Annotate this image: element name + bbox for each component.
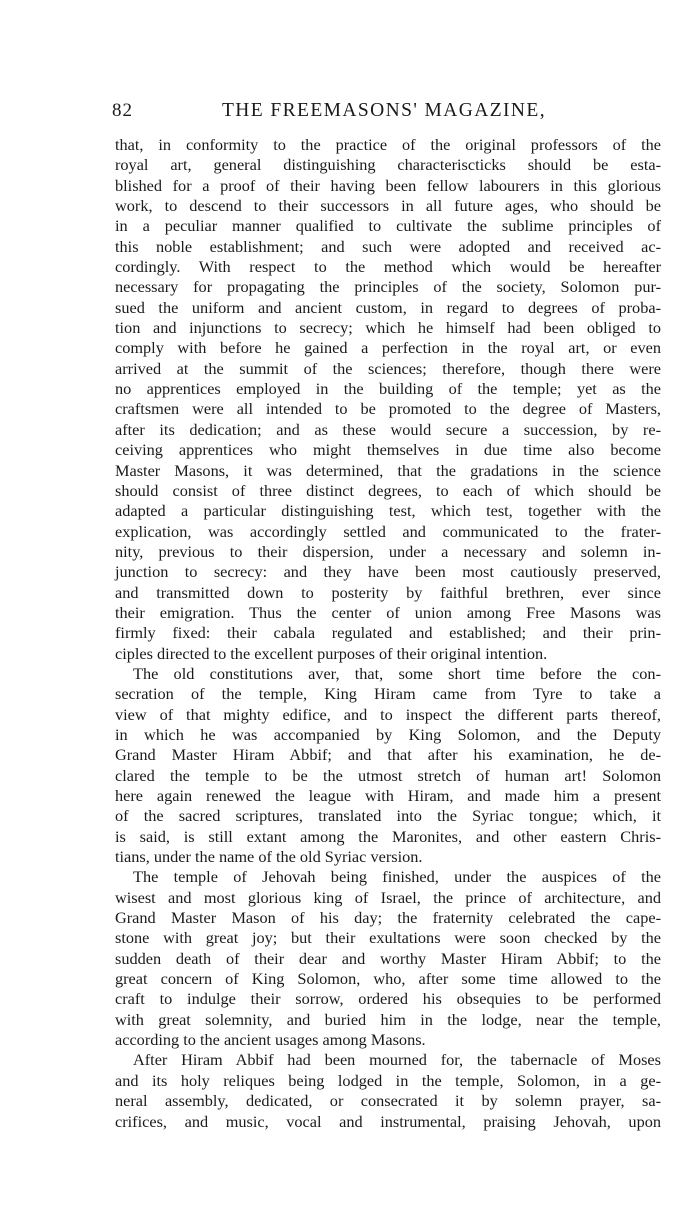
page-number: 82	[112, 100, 133, 122]
text-line: sued the uniform and ancient custom, in …	[115, 298, 661, 318]
text-line: crifices, and music, vocal and instrumen…	[115, 1112, 661, 1132]
text-line: nity, previous to their dispersion, unde…	[115, 542, 661, 562]
text-line: craft to indulge their sorrow, ordered h…	[115, 989, 661, 1009]
text-line: stone with great joy; but their exultati…	[115, 928, 661, 948]
text-line: after its dedication; and as these would…	[115, 420, 661, 440]
text-line: tion and injunctions to secrecy; which h…	[115, 318, 661, 338]
text-line: ciples directed to the excellent purpose…	[115, 644, 661, 664]
text-line: necessary for propagating the principles…	[115, 277, 661, 297]
text-line: wisest and most glorious king of Israel,…	[115, 888, 661, 908]
text-line: arrived at the summit of the sciences; t…	[115, 359, 661, 379]
article-body: that, in conformity to the practice of t…	[115, 135, 661, 1132]
text-line: The temple of Jehovah being finished, un…	[115, 867, 661, 887]
text-line: with great solemnity, and buried him in …	[115, 1010, 661, 1030]
text-line: great concern of King Solomon, who, afte…	[115, 969, 661, 989]
text-line: of the sacred scriptures, translated int…	[115, 806, 661, 826]
text-line: Grand Master Hiram Abbif; and that after…	[115, 745, 661, 765]
paragraph-2: The old constitutions aver, that, some s…	[115, 664, 661, 867]
text-line: work, to descend to their successors in …	[115, 196, 661, 216]
text-line: clared the temple to be the utmost stret…	[115, 766, 661, 786]
text-line: that, in conformity to the practice of t…	[115, 135, 661, 155]
text-line: tians, under the name of the old Syriac …	[115, 847, 661, 867]
text-line: ceiving apprentices who might themselves…	[115, 440, 661, 460]
text-line: secration of the temple, King Hiram came…	[115, 684, 661, 704]
text-line: The old constitutions aver, that, some s…	[115, 664, 661, 684]
text-line: here again renewed the league with Hiram…	[115, 786, 661, 806]
text-line: in which he was accompanied by King Solo…	[115, 725, 661, 745]
running-title: THE FREEMASONS' MAGAZINE,	[222, 100, 546, 122]
text-line: After Hiram Abbif had been mourned for, …	[115, 1050, 661, 1070]
paragraph-1: that, in conformity to the practice of t…	[115, 135, 661, 664]
text-line: their emigration. Thus the center of uni…	[115, 603, 661, 623]
text-line: junction to secrecy: and they have been …	[115, 562, 661, 582]
text-line: in a peculiar manner qualified to cultiv…	[115, 216, 661, 236]
paragraph-3: The temple of Jehovah being finished, un…	[115, 867, 661, 1050]
text-line: Master Masons, it was determined, that t…	[115, 461, 661, 481]
text-line: should consist of three distinct degrees…	[115, 481, 661, 501]
text-line: according to the ancient usages among Ma…	[115, 1030, 661, 1050]
text-line: view of that mighty edifice, and to insp…	[115, 705, 661, 725]
text-line: Grand Master Mason of his day; the frate…	[115, 908, 661, 928]
text-line: adapted a particular distinguishing test…	[115, 501, 661, 521]
text-line: royal art, general distinguishing charac…	[115, 155, 661, 175]
text-line: no apprentices employed in the building …	[115, 379, 661, 399]
text-line: blished for a proof of their having been…	[115, 176, 661, 196]
text-line: neral assembly, dedicated, or consecrate…	[115, 1091, 661, 1111]
text-line: this noble establishment; and such were …	[115, 237, 661, 257]
text-line: explication, was accordingly settled and…	[115, 522, 661, 542]
text-line: craftsmen were all intended to be promot…	[115, 399, 661, 419]
text-line: cordingly. With respect to the method wh…	[115, 257, 661, 277]
paragraph-4: After Hiram Abbif had been mourned for, …	[115, 1050, 661, 1131]
text-line: firmly fixed: their cabala regulated and…	[115, 623, 661, 643]
text-line: and transmitted down to posterity by fai…	[115, 583, 661, 603]
text-line: comply with before he gained a perfectio…	[115, 338, 661, 358]
page-header: 82 THE FREEMASONS' MAGAZINE,	[112, 100, 664, 124]
text-line: and its holy reliques being lodged in th…	[115, 1071, 661, 1091]
text-line: is said, is still extant among the Maron…	[115, 827, 661, 847]
text-line: sudden death of their dear and worthy Ma…	[115, 949, 661, 969]
